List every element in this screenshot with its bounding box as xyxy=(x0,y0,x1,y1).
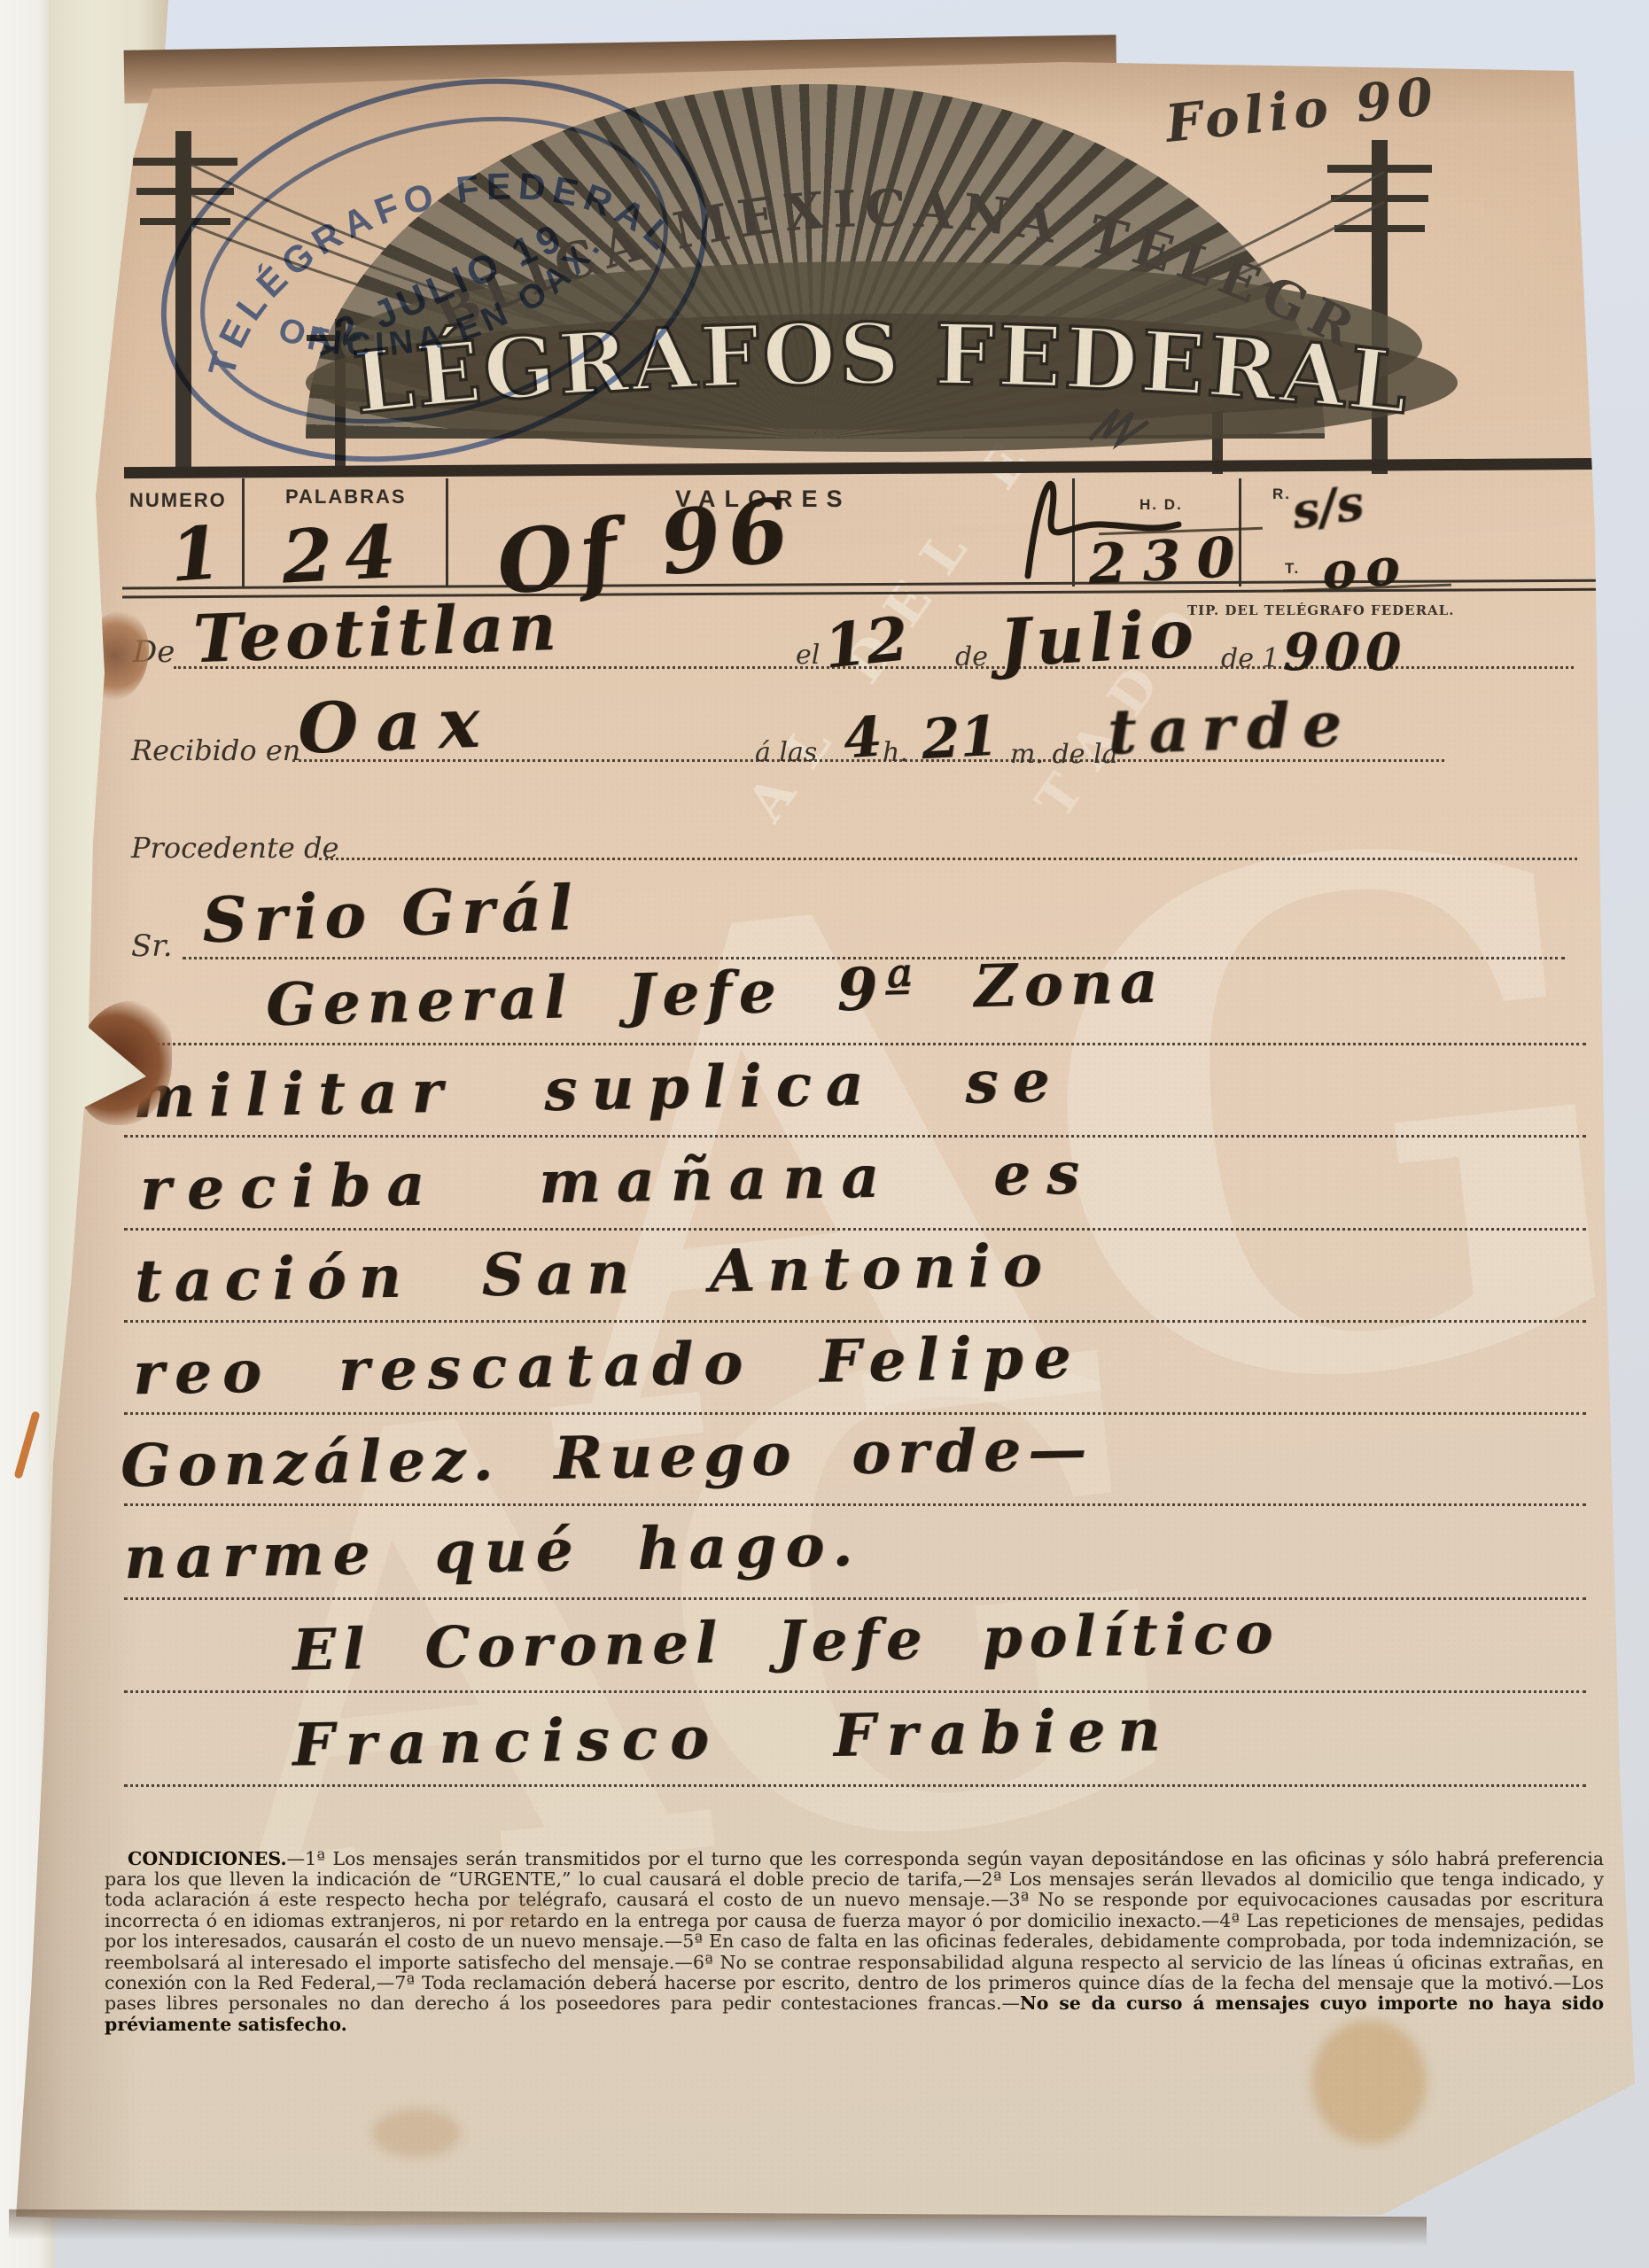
year-value: 900 xyxy=(1283,622,1406,682)
value-t: oo xyxy=(1320,536,1411,602)
telegraph-pole-right xyxy=(1212,140,1432,474)
archive-watermark-monogram: AG xyxy=(168,1219,1197,2043)
column-header-palabras: PALABRAS xyxy=(285,485,407,509)
message-text: reciba mañana es xyxy=(139,1138,1095,1224)
message-line-rule xyxy=(124,1043,1586,1045)
value-hd: 230 xyxy=(1086,524,1252,596)
value-numero: 1 xyxy=(167,510,224,599)
svg-text:REPÚBLICA MEXICANA TELEGRAMA: REPÚBLICA MEXICANA TELEGRAMA xyxy=(133,53,1370,362)
svg-text:OFICINA EN OAX.: OFICINA EN OAX. xyxy=(265,220,626,400)
message-line-rule xyxy=(124,1597,1586,1600)
t-underline xyxy=(1283,584,1451,593)
printer-imprint: TIP. DEL TELÉGRAFO FEDERAL. xyxy=(1187,602,1454,618)
label-sr: Sr. xyxy=(131,928,173,964)
message-text: reo rescatado Felipe xyxy=(132,1323,1082,1409)
message-line-rule xyxy=(124,1135,1586,1138)
value-palabras: 24 xyxy=(280,509,410,600)
minute-value: 21 xyxy=(920,703,1000,772)
masthead-title: TELÉGRAFOS FEDERALES xyxy=(133,53,1416,433)
telegram-photo: AG AG AL DEL ES TADO xyxy=(0,0,1649,2268)
telegraph-pole-left xyxy=(133,131,374,474)
conditions-body: —1ª Los mensajes serán transmitidos por … xyxy=(105,1848,1604,2015)
paper-stain xyxy=(496,1896,549,1931)
received-line xyxy=(292,759,1444,762)
masthead-arch-text: REPÚBLICA MEXICANA TELEGRAMA xyxy=(133,53,1370,362)
message-line-rule xyxy=(124,1320,1586,1323)
message-text: militar suplica se xyxy=(132,1046,1064,1131)
conditions-bold-clause: No se da curso á mensajes cuyo importe n… xyxy=(105,1992,1604,2034)
archive-watermark-text: AL DEL ES xyxy=(735,362,1090,832)
stamp-arc-top-text: TELÉGRAFO FEDERAL xyxy=(166,110,691,390)
paper-shadow xyxy=(9,2210,1427,2247)
message-text: González. Ruego orde— xyxy=(120,1414,1093,1500)
message-line-rule xyxy=(124,1412,1586,1415)
engraving-foliage xyxy=(306,314,1458,452)
folio-annotation: Folio 90 xyxy=(1163,66,1441,154)
hour-value: 4 xyxy=(842,704,884,772)
addressee-line xyxy=(183,957,1565,959)
addressee-value: Srio Grál xyxy=(201,871,580,958)
month-value: Julio xyxy=(998,595,1201,682)
stamp-arc-bottom-text: OFICINA EN OAX. xyxy=(265,220,626,400)
hd-scrawl xyxy=(1006,461,1272,594)
value-r: s/s xyxy=(1288,474,1367,540)
message-signature-title: El Coronel Jefe político xyxy=(292,1600,1280,1683)
svg-text:TELÉGRAFO FEDERAL: TELÉGRAFO FEDERAL xyxy=(166,110,691,390)
table-divider xyxy=(242,478,245,586)
period-value: tarde xyxy=(1107,687,1356,769)
conditions-text: CONDICIONES.—1ª Los mensajes serán trans… xyxy=(105,1849,1604,2036)
table-divider xyxy=(446,478,448,586)
svg-text:TELÉGRAFOS FEDERALES: TELÉGRAFOS FEDERALES xyxy=(133,53,1416,433)
engraving-sunburst xyxy=(306,84,1325,439)
paper-stain xyxy=(372,2109,461,2157)
message-line-rule xyxy=(124,1784,1586,1787)
origin-line xyxy=(174,666,1574,669)
hd-underline xyxy=(1099,527,1263,535)
label-alas: á las xyxy=(755,737,817,768)
telegraph-wires xyxy=(191,165,1384,408)
table-top-rule xyxy=(124,458,1623,478)
message-line-rule xyxy=(124,1503,1586,1506)
received-at-value: Oax xyxy=(296,682,498,770)
value-valores: Of 96 xyxy=(491,478,801,616)
telegram-paper: AG AG AL DEL ES TADO xyxy=(0,0,1649,2268)
message-signature-name: Francisco Frabien xyxy=(292,1695,1172,1779)
message-line-rule xyxy=(124,1228,1586,1231)
stamp-date: 12 JULIO 19 xyxy=(305,215,571,366)
archive-watermark-monogram: AG xyxy=(492,690,1644,1610)
label-de3: de 1 xyxy=(1221,643,1280,674)
column-header-hd: H. D. xyxy=(1140,496,1183,514)
message-text: General Jefe 9ª Zona xyxy=(265,947,1165,1040)
label-recibido: Recibido en xyxy=(131,734,300,767)
table-divider xyxy=(1239,478,1241,586)
paper-stain xyxy=(1311,2020,1427,2144)
label-h: h. xyxy=(883,737,908,768)
masthead-engraving: REPÚBLICA MEXICANA TELEGRAMA TELÉGRAFOS … xyxy=(133,53,1622,474)
label-m-de-la: m. de la xyxy=(1010,739,1118,770)
label-de2: de xyxy=(955,641,988,672)
procedente-line xyxy=(319,858,1577,860)
table-bottom-rule xyxy=(122,579,1625,590)
day-value: 12 xyxy=(821,603,911,682)
column-header-t: T. xyxy=(1285,560,1300,578)
engraving-arch xyxy=(306,84,1325,439)
conditions-label: CONDICIONES. xyxy=(128,1848,287,1869)
table-bottom-rule xyxy=(122,588,1625,599)
archive-watermark-text: TADO xyxy=(1024,579,1225,829)
column-header-valores: VALORES xyxy=(675,485,852,513)
message-text: tación San Antonio xyxy=(134,1231,1054,1316)
lightning-bolts xyxy=(1090,409,1148,443)
label-el: el xyxy=(796,640,820,671)
message-line-rule xyxy=(124,1690,1586,1693)
label-de: De xyxy=(133,634,175,670)
table-divider xyxy=(1072,478,1075,586)
message-text: narme qué hago. xyxy=(123,1511,861,1593)
column-header-numero: NUMERO xyxy=(129,489,227,512)
engraving-foliage xyxy=(341,261,1422,430)
label-procedente: Procedente de xyxy=(131,831,338,865)
origin-value: Teotitlan xyxy=(192,589,562,678)
column-header-r: R. xyxy=(1272,485,1291,503)
